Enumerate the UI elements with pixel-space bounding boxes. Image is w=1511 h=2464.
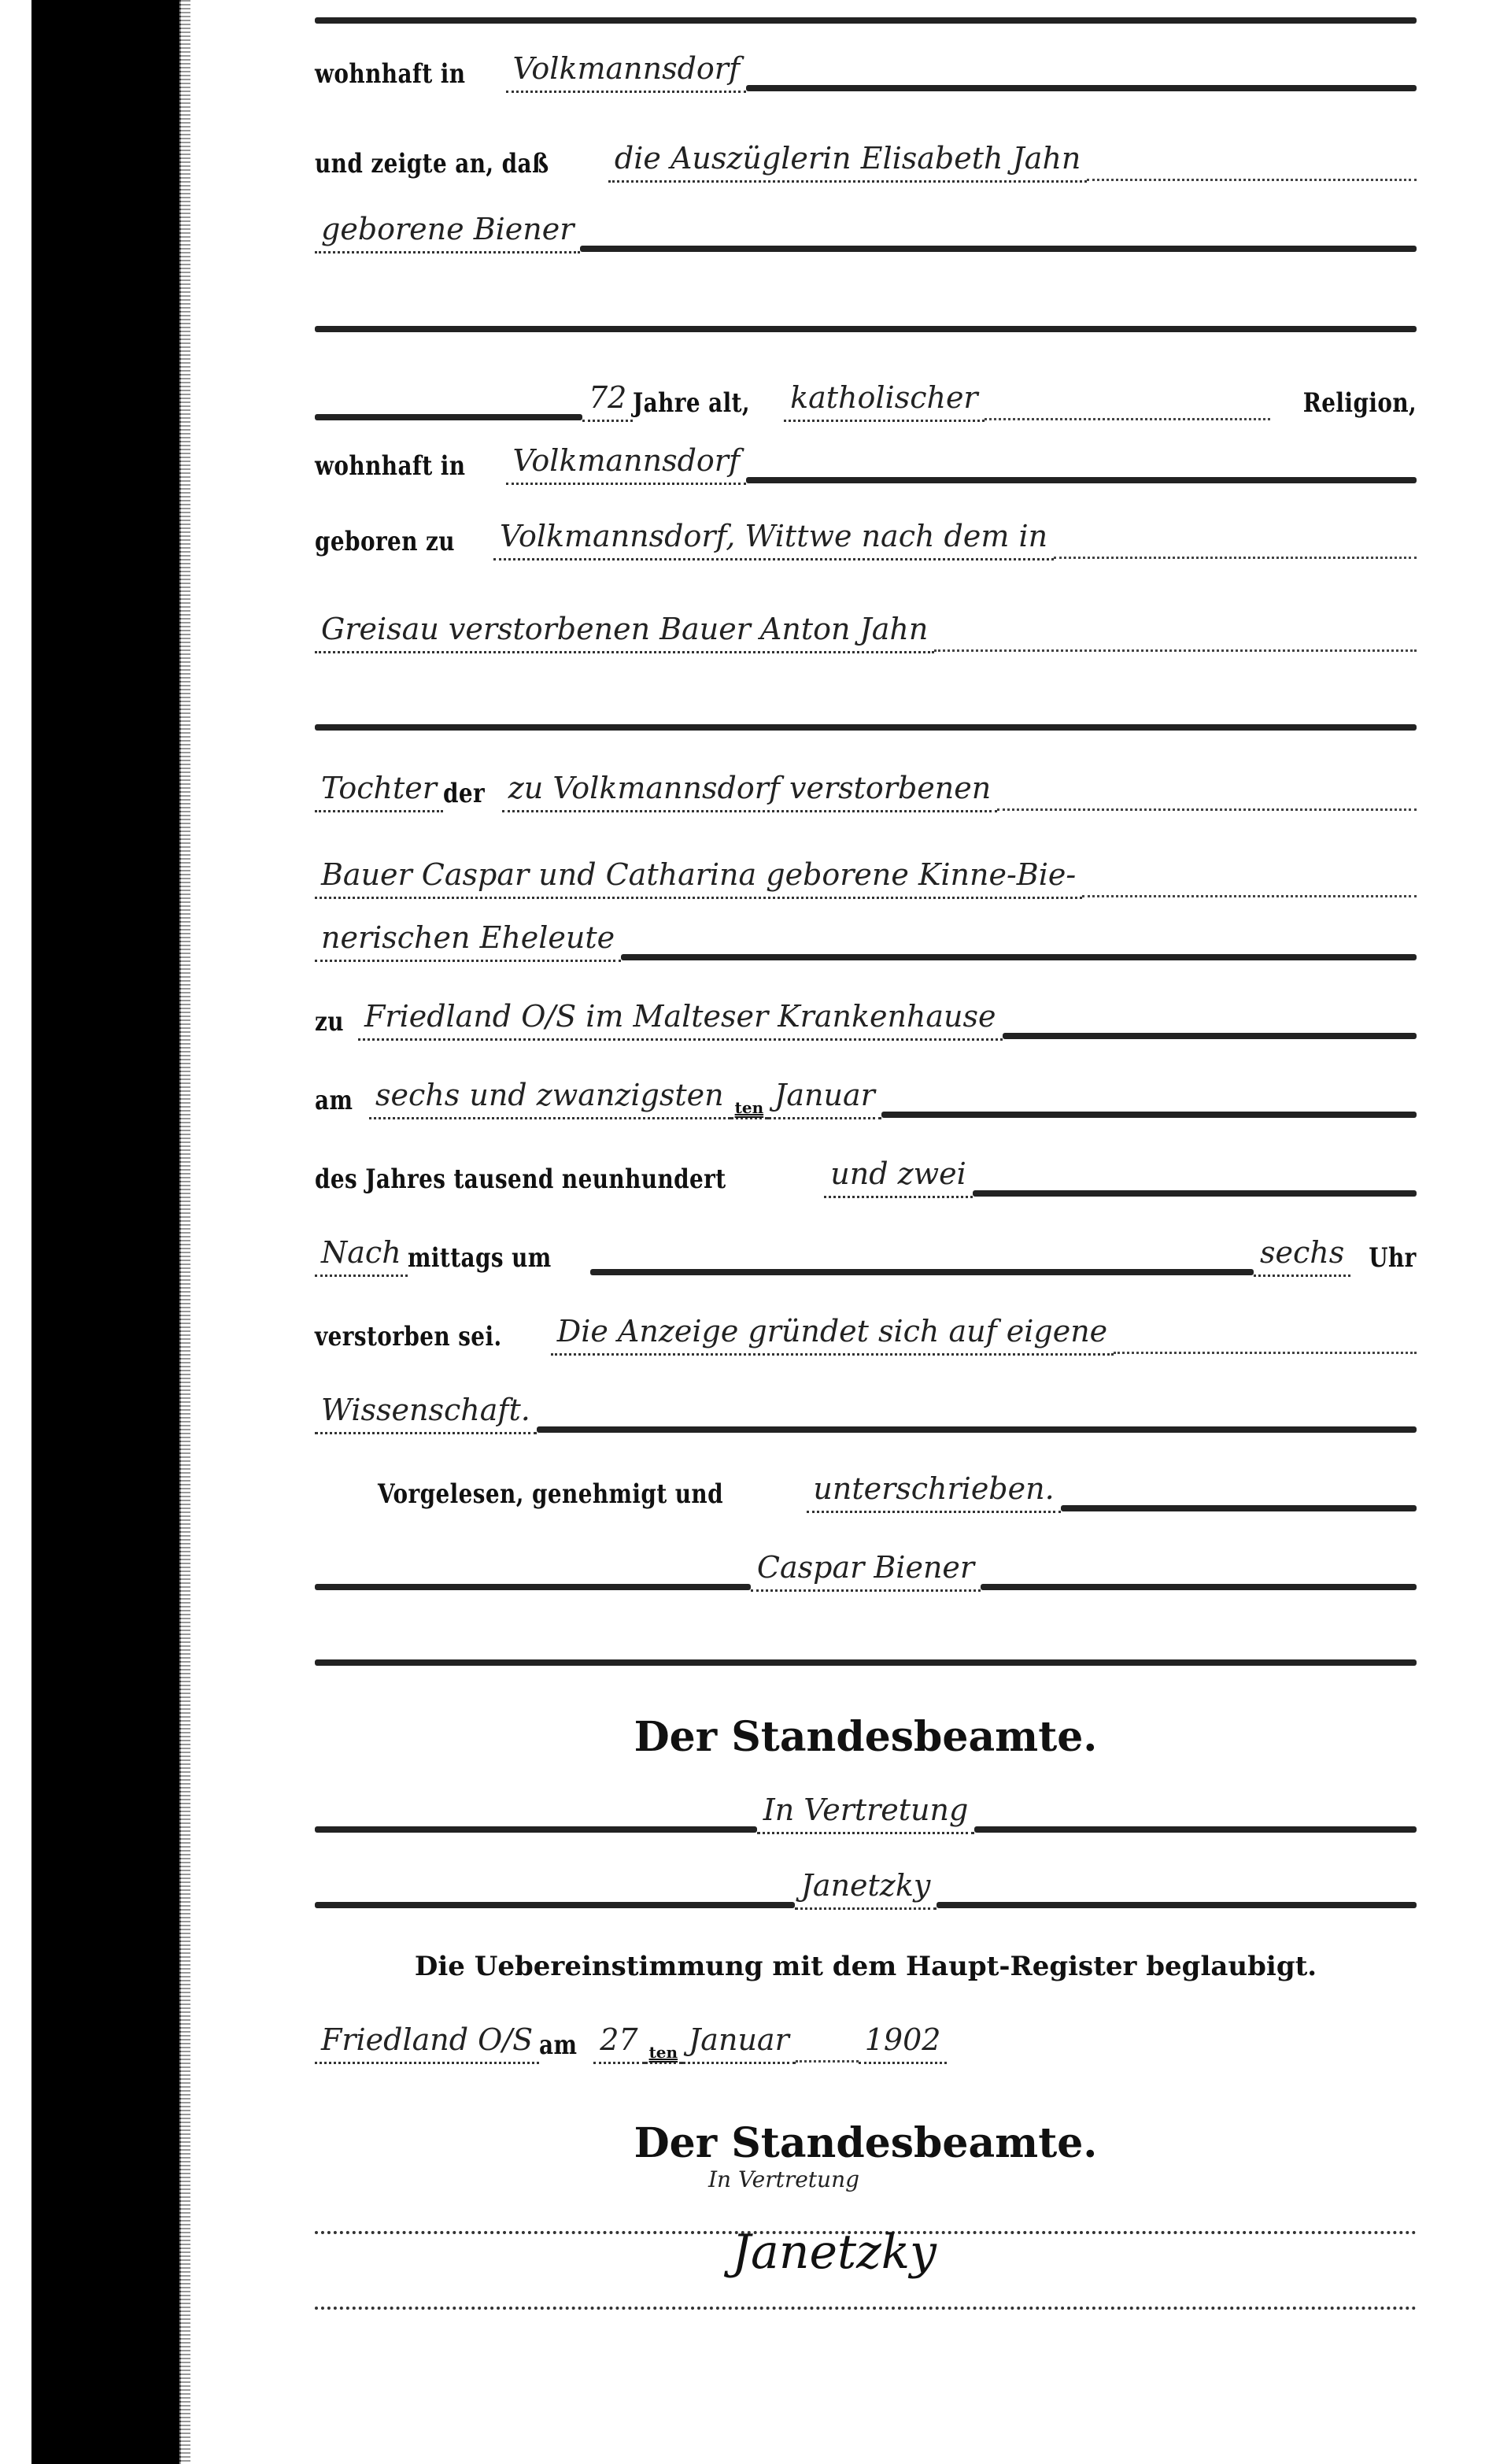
basis-line: Wissenschaft. (315, 1387, 1417, 1434)
handwritten-value: und zwei (824, 1156, 973, 1198)
handwritten-value: geborene Biener (315, 212, 580, 253)
born-line-2: Greisau verstorbenen Bauer Anton Jahn (315, 606, 1417, 653)
section-rule (315, 1659, 1417, 1666)
day-value: sechs und zwanzigsten (369, 1078, 730, 1119)
certification-date-line: Friedland O/S am 27 ten Januar 1902 (315, 2017, 1417, 2064)
day-suffix: ten (730, 1098, 769, 1119)
informant-signature-line: Caspar Biener (315, 1545, 1417, 1592)
label: wohnhaft in (315, 58, 472, 93)
section-rule (315, 724, 1417, 731)
month-value: Januar (768, 1078, 881, 1119)
registrar-title: Der Standesbeamte. (315, 1713, 1417, 1761)
religion-value: katholischer (784, 380, 985, 422)
label: der (443, 778, 491, 812)
handwritten-value: Tochter (315, 771, 443, 812)
registrar-signature-line: Janetzky (315, 1863, 1417, 1910)
label: Vorgelesen, genehmigt und (378, 1478, 730, 1513)
section-rule (315, 326, 1417, 332)
cert-month: Januar (682, 2022, 796, 2064)
label: verstorben sei. (315, 1321, 508, 1356)
date-line: am sechs und zwanzigsten ten Januar (315, 1072, 1417, 1119)
reported-line: und zeigte an, daß die Auszüglerin Elisa… (315, 135, 1417, 183)
informant-residence-line: wohnhaft in Volkmannsdorf (315, 46, 1417, 93)
label: des Jahres tausend neunhundert (315, 1164, 733, 1198)
cert-day-suffix: ten (645, 2043, 683, 2064)
top-rule (315, 17, 1417, 24)
handwritten-value: Die Anzeige gründet sich auf eigene (551, 1314, 1114, 1356)
cert-signature: Janetzky (732, 2225, 937, 2280)
year-line: des Jahres tausend neunhundert und zwei (315, 1151, 1417, 1198)
born-line: geboren zu Volkmannsdorf, Wittwe nach de… (315, 513, 1417, 561)
place-of-death-line: zu Friedland O/S im Malteser Krankenhaus… (315, 993, 1417, 1041)
died-line: verstorben sei. Die Anzeige gründet sich… (315, 1308, 1417, 1356)
informant-signature: Caspar Biener (751, 1550, 981, 1592)
cert-day: 27 (593, 2022, 644, 2064)
label: wohnhaft in (315, 450, 472, 485)
time-line: Nach mittags um sechs Uhr (315, 1230, 1417, 1277)
cert-year: 1902 (859, 2022, 948, 2064)
handwritten-value: Greisau verstorbenen Bauer Anton Jahn (315, 612, 934, 653)
handwritten-value: Volkmannsdorf (506, 443, 746, 485)
read-line: Vorgelesen, genehmigt und unterschrieben… (378, 1466, 1417, 1513)
scan-binding-edge (31, 0, 181, 2464)
signature-rule (315, 2307, 1417, 2310)
hour-label: Uhr (1362, 1242, 1417, 1277)
label: am (315, 1085, 360, 1119)
daughter-line: Tochter der zu Volkmannsdorf verstorbene… (315, 765, 1417, 812)
parents-line-2: nerischen Eheleute (315, 915, 1417, 962)
label: geboren zu (315, 526, 461, 561)
handwritten-value: Friedland O/S im Malteser Krankenhause (358, 999, 1003, 1041)
handwritten-value: Wissenschaft. (315, 1393, 537, 1434)
label: zu (315, 1006, 350, 1041)
age-religion-line: 72 Jahre alt, katholischer Religion, (315, 375, 1417, 422)
label: und zeigte an, daß (315, 148, 556, 183)
label: am (539, 2029, 584, 2064)
parents-line: Bauer Caspar und Catharina geborene Kinn… (315, 852, 1417, 899)
scan-binding-shadow (179, 0, 190, 2464)
age-value: 72 (582, 380, 633, 422)
registrar-signature: Janetzky (795, 1868, 937, 1910)
handwritten-value: die Auszüglerin Elisabeth Jahn (608, 141, 1087, 183)
handwritten-value: Volkmannsdorf, Wittwe nach dem in (493, 519, 1054, 561)
handwritten-value: unterschrieben. (807, 1471, 1060, 1513)
time-prefix: Nach (315, 1235, 408, 1277)
deceased-residence-line: wohnhaft in Volkmannsdorf (315, 438, 1417, 485)
in-lieu-line: In Vertretung (315, 1787, 1417, 1834)
handwritten-value: In Vertretung (757, 1793, 975, 1834)
cert-place: Friedland O/S (315, 2022, 539, 2064)
hour-value: sechs (1254, 1235, 1350, 1277)
cert-registrar-title: Der Standesbeamte. (315, 2119, 1417, 2167)
handwritten-value: Volkmannsdorf (506, 51, 746, 93)
handwritten-value: zu Volkmannsdorf verstorbenen (502, 771, 997, 812)
religion-label: Religion, (1296, 387, 1417, 422)
age-label: Jahre alt, (633, 387, 756, 422)
maiden-name-line: geborene Biener (315, 206, 1417, 253)
cert-in-lieu: In Vertretung (708, 2166, 859, 2192)
handwritten-value: nerischen Eheleute (315, 920, 621, 962)
certification-text: Die Uebereinstimmung mit dem Haupt-Regis… (315, 1951, 1417, 1982)
handwritten-value: Bauer Caspar und Catharina geborene Kinn… (315, 857, 1082, 899)
label: mittags um (408, 1242, 558, 1277)
